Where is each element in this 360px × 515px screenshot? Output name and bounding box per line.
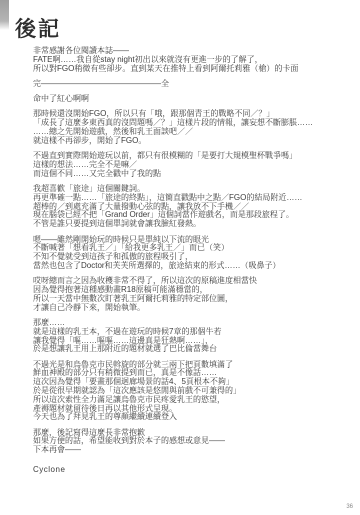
text-line: 下本再會——	[33, 446, 352, 455]
paragraph: 完———————————————全	[33, 80, 352, 89]
text-line: 才讓自己冷靜下來，開始執筆。	[33, 304, 352, 313]
text-line: 於是想讓乳王用上那附近的題材就選了巴比倫當舞台	[33, 345, 352, 354]
paragraph: 那時候還沒開始FGO，所以只有「哦，跟那個青王的戰略不同／？」「成長了這麼多東西…	[33, 110, 352, 145]
paragraph: 那麼……就是這樣的乳王本，不過在遊玩的時候7章的那個牛若讓我覺得「嘔……嘔嘔………	[33, 319, 352, 354]
text-line: 今天也為了拜見乳王的尊顏繼續連續登入	[33, 413, 352, 422]
paragraph: 不過光是和烏魯克市民斡旋的部分就三兩下把頁數填滿了鮮血神殿的部分只有稍微提到而已…	[33, 361, 352, 423]
afterword-page: 後記 非常感謝各位閱讀本誌——FATE啊……我自從stay night初出以來就…	[0, 0, 360, 515]
author-signature: Cyclone	[33, 465, 65, 474]
page-title: 後記	[15, 13, 61, 43]
paragraph: 那麼，後記寫得這麼長非常抱歉如果方便的話，希望能收到對於本子的感想或意見——下本…	[33, 429, 352, 455]
scan-edge-artifact	[0, 0, 9, 30]
paragraph: 嗯——雖然剛開始玩的時候只是單純以下流的眼光不斷喊著「想看乳王／」「給我更多乳王…	[33, 236, 352, 271]
text-line: 不管是誰只要提到這個單詞就會讓我臉紅發熱。	[33, 220, 352, 229]
paragraph: 不過直到實際開始遊玩以前，都只有很模糊的「是要打大規模聖杯戰爭嗎」這樣的想法………	[33, 152, 352, 178]
paragraph: 命中了紅心啊啊	[33, 95, 352, 104]
text-line: 命中了紅心啊啊	[33, 95, 352, 104]
text-line: 完———————————————全	[33, 80, 352, 89]
text-line: 而這個不同……又完全戳中了我的點	[33, 170, 352, 179]
page-number: 36	[346, 504, 353, 510]
text-line: 就這樣不再卻步，開始了FGO。	[33, 137, 352, 146]
paragraph: 我超喜歡「旅途」這個關鍵詞。再更準確一點……「旅途的終點」，這簡直戳點中之點／F…	[33, 185, 352, 229]
text-line: 所以對FGO稍微有些卻步。直到某天在推特上看到阿爾托莉雅（槍）的卡面	[33, 65, 352, 74]
afterword-body: 非常感謝各位閱讀本誌——FATE啊……我自從stay night初出以來就沒有更…	[33, 47, 352, 462]
paragraph: 非常感謝各位閱讀本誌——FATE啊……我自從stay night初出以來就沒有更…	[33, 47, 352, 73]
paragraph: 哎呀總而言之因為收穫非常不得了，所以這次的原稿進度相當快因為覺得抱著這種感動畫R…	[33, 277, 352, 312]
text-line: 當然也包含了Doctor和芙芙所選擇的，旅途結束的形式……（吸鼻子）	[33, 262, 352, 271]
